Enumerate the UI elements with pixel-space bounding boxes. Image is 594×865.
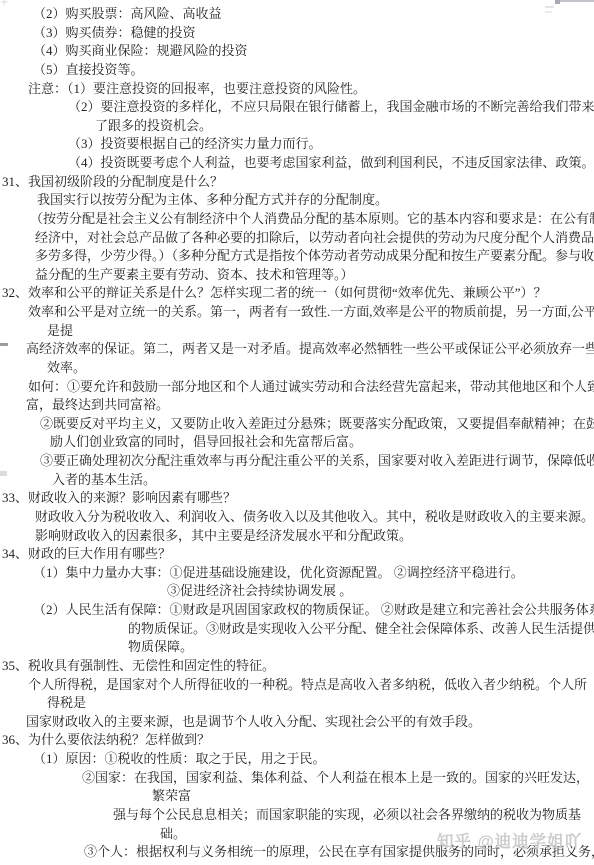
text-line-11: 我国实行以按劳分配为主体、多种分配方式并存的分配制度。	[37, 191, 594, 210]
text-line-29: 影响财政收入的因素很多，其中主要是经济发展水平和分配政策。	[35, 527, 594, 546]
text-line-8: （3）投资要根据自己的经济实力量力而行。	[68, 135, 594, 154]
text-line-45: 础。	[160, 825, 594, 844]
text-line-44: 强与每个公民息息相关；而国家职能的实现，必须以社会各界缴纳的税收为物质基	[113, 806, 594, 825]
text-line-9: （4）投资既要考虑个人利益，也要考虑国家利益，做到利国利民，不违反国家法律、政策…	[68, 154, 594, 173]
text-line-38: 得税是	[47, 694, 594, 713]
text-line-13: 经济中，对社会总产品做了各种必要的扣除后，以劳动者向社会提供的劳动为尺度分配个人…	[35, 229, 594, 248]
text-line-21: 如何：①要允许和鼓励一部分地区和个人通过诚实劳动和合法经营先富起来，带动其他地区…	[28, 378, 594, 397]
text-line-36: 35、税收具有强制性、无偿性和固定性的特征。	[2, 657, 594, 676]
text-line-32: ③促进经济社会持续协调发展 。	[167, 582, 594, 601]
text-line-34: 的物质保证。③财政是实现收入公平分配、健全社会保障体系、改善人民生活提供	[128, 620, 594, 639]
text-line-16: 32、效率和公平的辩证关系是什么？怎样实现二者的统一（如何贯彻“效率优先、兼顾公…	[2, 284, 594, 303]
text-line-25: ③要正确处理初次分配注重效率与再分配注重公平的关系，国家要对收入差距进行调节，保…	[40, 452, 594, 471]
scan-edge-smudge	[0, 343, 8, 346]
text-line-4: （5）直接投资等。	[33, 61, 594, 80]
text-line-18: 是提	[47, 322, 594, 341]
text-line-15: 益分配的生产要素主要有劳动、资本、技术和管理等。）	[35, 266, 594, 285]
scan-artifact-dash	[545, 11, 552, 13]
text-line-43: 繁荣富	[152, 787, 594, 806]
text-line-39: 国家财政收入的主要来源，也是调节个人收入分配、实现社会公平的有效手段。	[26, 713, 594, 732]
text-line-33: （2）人民生活有保障：①财政是巩固国家政权的物质保证。 ②财政是建立和完善社会公…	[33, 601, 594, 620]
text-line-19: 高经济效率的保证。第二，两者又是一对矛盾。提高效率必然牺牲一些公平或保证公平必须…	[26, 340, 594, 359]
scan-corner-mark: +	[0, 0, 8, 8]
window-edge-artifact	[557, 0, 594, 2]
text-line-1: （2）购买股票：高风险、高收益	[33, 5, 594, 24]
text-line-42: ②国家：在我国，国家利益、集体利益、个人利益在根本上是一致的。国家的兴旺发达，	[82, 769, 594, 788]
text-line-22: 富，最终达到共同富裕。	[26, 396, 594, 415]
text-line-20: 效率。	[47, 359, 594, 378]
text-line-14: 多劳多得，少劳少得。）（多种分配方式是指按个体劳动者劳动成果分配和按生产要素分配…	[35, 247, 594, 266]
text-line-40: 36、为什么要依法纳税？怎样做到？	[2, 731, 594, 750]
window-edge-artifact-square	[555, 0, 560, 4]
text-line-17: 效率和公平是对立统一的关系。第一，两者有一致性.一方面,效率是公平的物质前提，另…	[28, 303, 594, 322]
text-line-30: 34、财政的巨大作用有哪些？	[2, 545, 594, 564]
text-line-46: ③个人：根据权利与义务相统一的原理，公民在享有国家提供服务的同时，必须承担义务，	[84, 843, 594, 862]
document-lines: （2）购买股票：高风险、高收益（3）购买债券：稳健的投资（4）购买商业保险：规避…	[0, 5, 594, 862]
text-line-27: 33、财政收入的来源？影响因素有哪些？	[2, 489, 594, 508]
text-line-6: （2）要注意投资的多样化，不应只局限在银行储蓄上，我国金融市场的不断完善给我们带…	[68, 98, 594, 117]
text-line-31: （1）集中力量办大事：①促进基础设施建设，优化资源配置。 ②调控经济平稳进行。	[33, 564, 594, 583]
text-line-35: 物质保障。	[128, 638, 594, 657]
text-line-7: 了跟多的投资机会。	[95, 117, 594, 136]
text-line-26: 入者的基本生活。	[52, 471, 594, 490]
document-page: + （2）购买股票：高风险、高收益（3）购买债券：稳健的投资（4）购买商业保险：…	[0, 0, 594, 865]
scan-artifact-dash	[545, 6, 554, 8]
text-line-23: ②既要反对平均主义，又要防止收入差距过分悬殊；既要落实分配政策，又要提倡奉献精神…	[40, 415, 594, 434]
text-line-5: 注意：（1）要注意投资的回报率，也要注意投资的风险性。	[28, 80, 594, 99]
text-line-37: 个人所得税，是国家对个人所得征收的一种税。特点是高收入者多纳税，低收入者少纳税。…	[28, 676, 594, 695]
text-line-24: 励人们创业致富的同时，倡导回报社会和先富帮后富。	[50, 433, 594, 452]
text-line-12: （按劳分配是社会主义公有制经济中个人消费品分配的基本原则。它的基本内容和要求是：…	[30, 210, 594, 229]
scan-edge-smudge	[0, 471, 7, 476]
text-line-3: （4）购买商业保险：规避风险的投资	[33, 42, 594, 61]
text-line-41: （1）原因：①税收的性质：取之于民，用之于民。	[33, 750, 594, 769]
text-line-2: （3）购买债券：稳健的投资	[33, 24, 594, 43]
text-line-10: 31、我国初级阶段的分配制度是什么？	[2, 173, 594, 192]
text-line-28: 财政收入分为税收收入、利润收入、债务收入以及其他收入。其中，税收是财政收入的主要…	[35, 508, 594, 527]
